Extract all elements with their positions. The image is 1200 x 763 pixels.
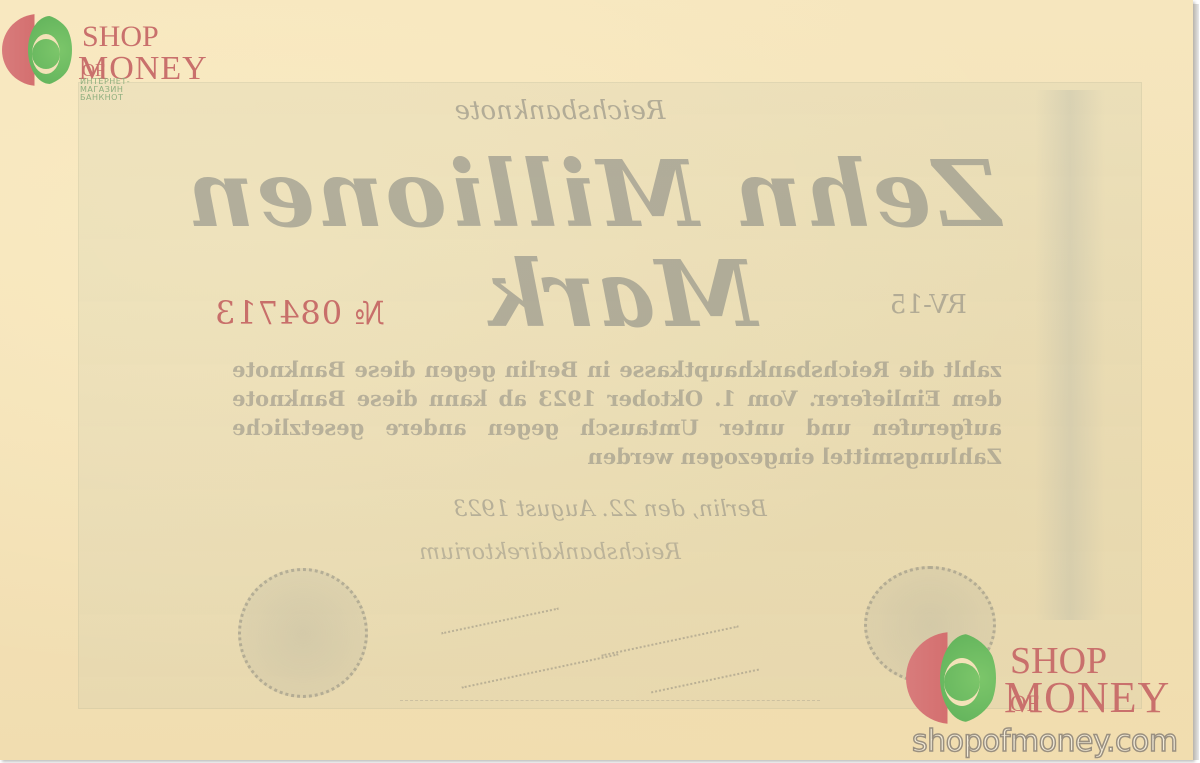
signatures-area: [400, 590, 820, 701]
shopofmoney-logo-icon: [2, 14, 74, 86]
website-watermark: shopofmoney.com: [912, 724, 1178, 759]
watermark-band: [1035, 90, 1105, 620]
signature-ghost-text: Reichsbankdirektorium: [390, 540, 710, 565]
series-ghost-text: RV-15: [890, 290, 967, 320]
logo-tagline: ИНТЕРНЕТ-МАГАЗИН БАНКНОТ: [80, 78, 130, 102]
body-ghost-text: zahlt die Reichsbankhauptkasse in Berlin…: [232, 355, 1002, 471]
header-ghost-text: Reichsbanknote: [395, 96, 725, 126]
title-ghost-text: Zehn Millionen: [240, 140, 1000, 248]
denomination-ghost-text: Mark: [470, 240, 770, 348]
serial-number: № 084713: [214, 294, 385, 332]
date-ghost-text: Berlin, den 22. August 1923: [430, 497, 790, 522]
logo-money-text: MONEY: [1004, 676, 1170, 720]
seal-left-icon: [238, 568, 368, 698]
shopofmoney-logo-icon: [906, 632, 998, 724]
